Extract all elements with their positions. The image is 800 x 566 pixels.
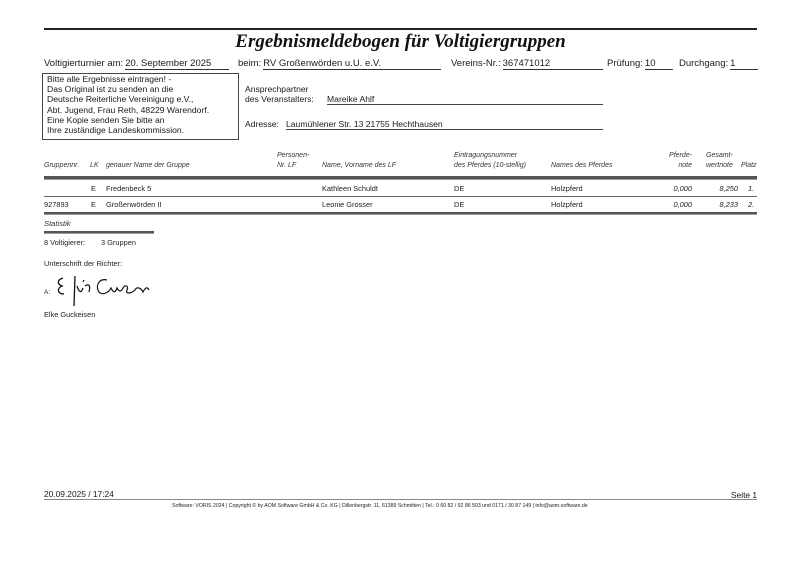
- signature-label: Unterschrift der Richter:: [44, 259, 122, 268]
- cell-lk: E: [91, 200, 96, 209]
- cell-group-name: Fredenbeck 5: [106, 184, 151, 193]
- instruction-line: Deutsche Reiterliche Vereinigung e.V.,: [47, 94, 238, 104]
- statistik-rule: [44, 231, 154, 234]
- print-datetime: 20.09.2025 / 17:24: [44, 489, 114, 499]
- cell-pferdenote: 0,000: [650, 184, 692, 193]
- pruefung-value: 10: [645, 58, 673, 70]
- instruction-line: Eine Kopie senden Sie bitte an: [47, 115, 238, 125]
- signature-scribble-icon: [55, 272, 155, 308]
- contact-label-line-2: des Veranstalters:: [245, 94, 314, 104]
- table-bottom-rule: [44, 212, 757, 215]
- vereinsnr-value: 367471012: [503, 58, 603, 70]
- instruction-line: Bitte alle Ergebnisse eintragen! -: [47, 74, 238, 84]
- address-value: Laumühlener Str. 13 21755 Hechthausen: [286, 119, 603, 130]
- cell-platz: 1.: [748, 184, 754, 193]
- statistik-voltigierer: 8 Voltigierer:: [44, 238, 85, 247]
- table-row: 927893 E Großenwörden II Leonie Grosser …: [0, 200, 800, 212]
- turnier-label: Voltigierturnier am:: [44, 58, 123, 69]
- instructions-box: Bitte alle Ergebnisse eintragen! - Das O…: [42, 73, 239, 140]
- col-pferdenote-1: Pferde-: [650, 151, 692, 161]
- turnier-value: 20. September 2025: [125, 58, 229, 70]
- cell-pferd: Holzpferd: [551, 200, 583, 209]
- cell-gesamt: 8,233: [700, 200, 738, 209]
- durchgang-field: Durchgang:1: [679, 58, 758, 70]
- header-rule: [44, 176, 757, 180]
- contact-label-line-1: Ansprechpartner: [245, 84, 309, 94]
- col-platz: Platz: [741, 161, 757, 171]
- turnier-field: Voltigierturnier am:20. September 2025: [44, 58, 229, 70]
- beim-field: beim:RV Großenwörden u.U. e.V.: [238, 58, 441, 70]
- col-lf-name: Name, Vorname des LF: [322, 161, 396, 171]
- instruction-line: Abt. Jugend, Frau Reth, 48229 Warendorf.: [47, 105, 238, 115]
- address-label: Adresse:: [245, 119, 279, 129]
- col-personennr-2: Nr. LF: [277, 161, 296, 171]
- pruefung-field: Prüfung:10: [607, 58, 673, 70]
- col-gesamt-2: wertnote: [706, 161, 733, 171]
- cell-lk: E: [91, 184, 96, 193]
- cell-gruppennr: 927893: [44, 200, 69, 209]
- judge-name: Elke Guckeisen: [44, 310, 95, 319]
- cell-lf-name: Leonie Grosser: [322, 200, 373, 209]
- statistik-gruppen: 3 Gruppen: [101, 238, 136, 247]
- vereinsnr-label: Vereins-Nr.:: [451, 58, 501, 69]
- col-lk: LK: [90, 161, 99, 171]
- col-pferdenote-2: note: [650, 161, 692, 171]
- title-rule: [44, 28, 757, 30]
- col-group-name: genauer Name der Gruppe: [106, 161, 190, 171]
- software-credit: Software: VORIS 2024 | Copyright © by AO…: [172, 503, 588, 509]
- cell-gesamt: 8,250: [700, 184, 738, 193]
- cell-platz: 2.: [748, 200, 754, 209]
- instruction-line: Ihre zuständige Landeskommission.: [47, 125, 238, 135]
- durchgang-value: 1: [730, 58, 758, 70]
- col-pferd: Names des Pferdes: [551, 161, 612, 171]
- cell-pferdenote: 0,000: [650, 200, 692, 209]
- signature-prefix: A:: [44, 289, 50, 296]
- row-rule: [44, 196, 757, 197]
- col-gesamt-1: Gesamt-: [706, 151, 733, 161]
- cell-group-name: Großenwörden II: [106, 200, 161, 209]
- instruction-line: Das Original ist zu senden an die: [47, 84, 238, 94]
- cell-eintrag: DE: [454, 184, 464, 193]
- beim-label: beim:: [238, 58, 261, 69]
- pruefung-label: Prüfung:: [607, 58, 643, 69]
- cell-pferd: Holzpferd: [551, 184, 583, 193]
- col-eintrag-2: des Pferdes (10-stellig): [454, 161, 526, 171]
- col-eintrag-1: Eintragungsnummer: [454, 151, 517, 161]
- col-personennr-1: Personen-: [277, 151, 309, 161]
- cell-lf-name: Kathleen Schuldt: [322, 184, 378, 193]
- durchgang-label: Durchgang:: [679, 58, 728, 69]
- vereinsnr-field: Vereins-Nr.:367471012: [451, 58, 603, 70]
- footer-rule: [44, 499, 757, 500]
- statistik-heading: Statistik: [44, 219, 71, 229]
- contact-value: Mareike Ahlf: [327, 94, 603, 105]
- page-title: Ergebnismeldebogen für Voltigiergruppen: [44, 31, 757, 53]
- cell-eintrag: DE: [454, 200, 464, 209]
- col-gruppennr: Gruppennr.: [44, 161, 79, 171]
- beim-value: RV Großenwörden u.U. e.V.: [263, 58, 441, 70]
- table-row: E Fredenbeck 5 Kathleen Schuldt DE Holzp…: [0, 184, 800, 196]
